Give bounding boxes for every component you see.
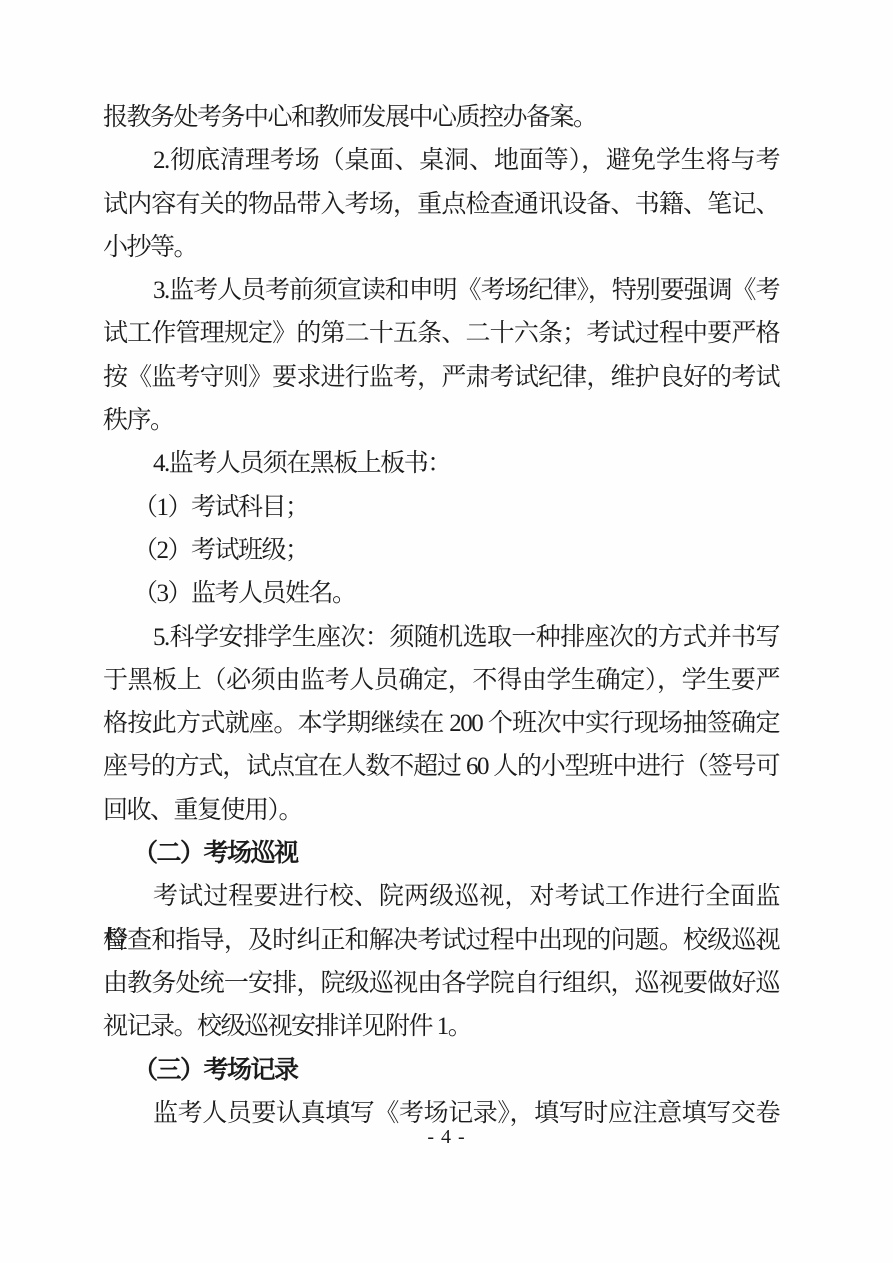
- text-line: 按《监考守则》要求进行监考，严肃考试纪律，维护良好的考试: [103, 356, 779, 399]
- text-line: 秩序。: [103, 399, 779, 442]
- text-line: 报教务处考务中心和教师发展中心质控办备案。: [103, 96, 779, 139]
- page-number: - 4 -: [0, 1126, 893, 1149]
- text-line: 试工作管理规定》的第二十五条、二十六条；考试过程中要严格: [103, 312, 779, 355]
- section-heading: （二）考场巡视: [103, 832, 779, 875]
- section-heading: （三）考场记录: [103, 1049, 779, 1092]
- text-line: 2.彻底清理考场（桌面、桌洞、地面等），避免学生将与考: [103, 139, 779, 182]
- text-line: （3）监考人员姓名。: [103, 572, 779, 615]
- text-line: 于黑板上（必须由监考人员确定，不得由学生确定），学生要严: [103, 659, 779, 702]
- text-line: 4.监考人员须在黑板上板书：: [103, 442, 779, 485]
- text-line: 小抄等。: [103, 226, 779, 269]
- text-line: 座号的方式，试点宜在人数不超过 60 人的小型班中进行（签号可: [103, 745, 779, 788]
- text-line: 考试过程要进行校、院两级巡视，对考试工作进行全面监督、: [103, 875, 779, 918]
- text-line: 试内容有关的物品带入考场，重点检查通讯设备、书籍、笔记、: [103, 183, 779, 226]
- document-page: 报教务处考务中心和教师发展中心质控办备案。2.彻底清理考场（桌面、桌洞、地面等）…: [0, 0, 893, 1263]
- text-line: 3.监考人员考前须宣读和申明《考场纪律》，特别要强调《考: [103, 269, 779, 312]
- text-line: （2）考试班级；: [103, 529, 779, 572]
- text-line: 检查和指导，及时纠正和解决考试过程中出现的问题。校级巡视: [103, 919, 779, 962]
- text-line: 由教务处统一安排，院级巡视由各学院自行组织，巡视要做好巡: [103, 962, 779, 1005]
- text-line: 回收、重复使用）。: [103, 789, 779, 832]
- text-line: （1）考试科目；: [103, 486, 779, 529]
- text-line: 格按此方式就座。本学期继续在 200 个班次中实行现场抽签确定: [103, 702, 779, 745]
- text-line: 视记录。校级巡视安排详见附件 1。: [103, 1005, 779, 1048]
- document-text-block: 报教务处考务中心和教师发展中心质控办备案。2.彻底清理考场（桌面、桌洞、地面等）…: [103, 96, 779, 1135]
- text-line: 5.科学安排学生座次：须随机选取一种排座次的方式并书写: [103, 616, 779, 659]
